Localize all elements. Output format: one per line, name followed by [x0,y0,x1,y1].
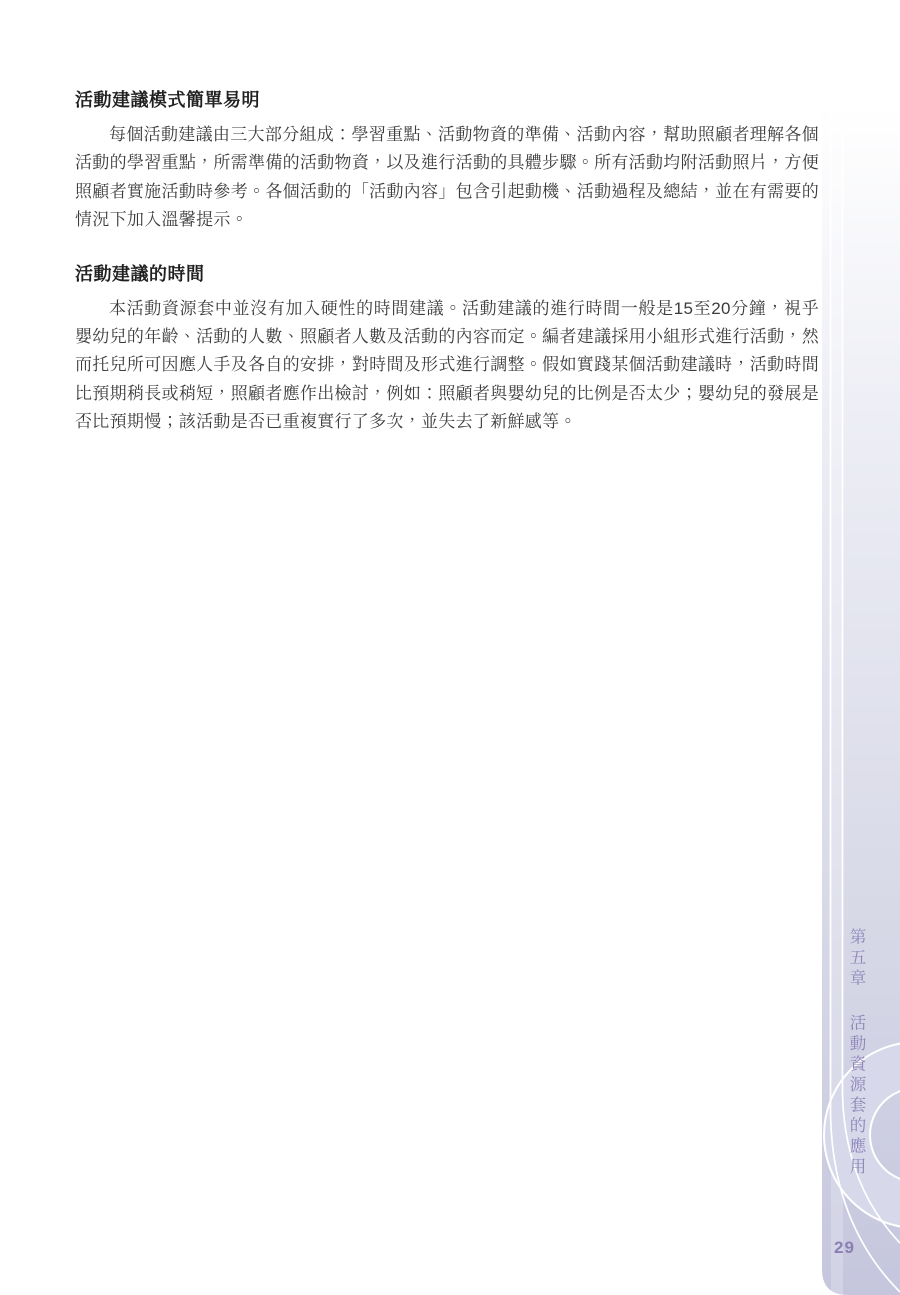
main-content: 活動建議模式簡單易明 每個活動建議由三大部分組成：學習重點、活動物資的準備、活動… [75,90,819,437]
section-heading: 活動建議的時間 [75,264,819,285]
chapter-number: 第五章 [847,928,865,990]
section-activity-format: 活動建議模式簡單易明 每個活動建議由三大部分組成：學習重點、活動物資的準備、活動… [75,90,819,235]
page-number: 29 [834,1238,855,1258]
chapter-label: 第五章活動資源套的應用 [844,928,868,1178]
section-activity-time: 活動建議的時間 本活動資源套中並沒有加入硬性的時間建議。活動建議的進行時間一般是… [75,264,819,437]
document-page: 第五章活動資源套的應用 29 活動建議模式簡單易明 每個活動建議由三大部分組成：… [0,0,900,1295]
section-body: 每個活動建議由三大部分組成：學習重點、活動物資的準備、活動內容，幫助照顧者理解各… [75,121,819,235]
section-heading: 活動建議模式簡單易明 [75,90,819,111]
chapter-title: 活動資源套的應用 [847,1014,865,1178]
section-body: 本活動資源套中並沒有加入硬性的時間建議。活動建議的進行時間一般是15至20分鐘，… [75,295,819,437]
